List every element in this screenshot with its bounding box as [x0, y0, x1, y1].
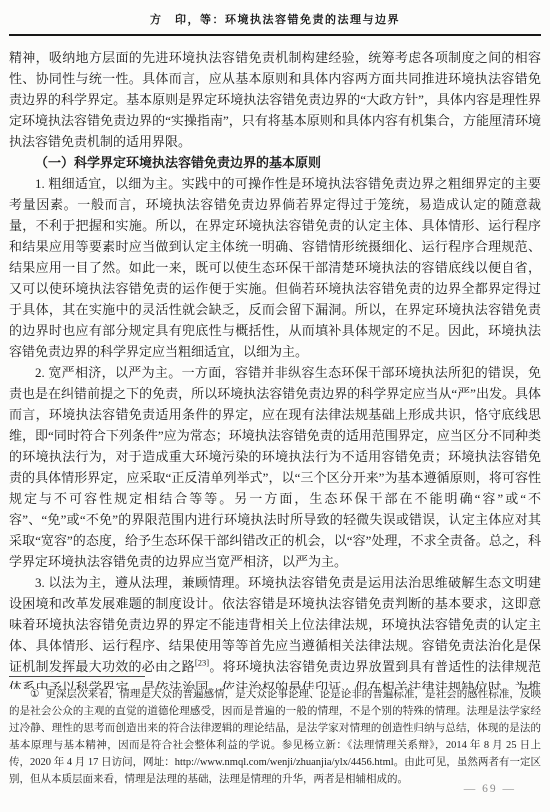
header-rule — [9, 34, 541, 36]
citation-ref: [23] — [195, 658, 209, 668]
paragraph-item-2: 2. 宽严相济，以严为主。一方面，容错并非纵容生态环保干部环境执法所犯的错误，免… — [9, 362, 541, 572]
section-heading: （一）科学界定环境执法容错免责边界的基本原则 — [9, 152, 541, 173]
footnote-text: 更深层次来看，情理是大众的普遍感情，是大众论事论理、论是论非的普遍标准，是社会的… — [9, 689, 541, 785]
article-body: 精神，吸纳地方层面的先进环境执法容错免责机制构建经验，统筹考虑各项制度之间的相容… — [9, 47, 541, 689]
paragraph-item-1: 1. 粗细适宜，以细为主。实践中的可操作性是环境执法容错免责边界之粗细界定的主要… — [9, 173, 541, 362]
footnote: ①更深层次来看，情理是大众的普遍感情，是大众论事论理、论是论非的普遍标准，是社会… — [9, 686, 541, 788]
paragraph-item-3: 3. 以法为主，遵从法理，兼顾情理。环境执法容错免责是运用法治思维破解生态文明建… — [9, 572, 541, 689]
running-head: 方 印，等：环境执法容错免责的法理与边界 — [9, 8, 541, 27]
footnote-divider — [9, 676, 145, 677]
footnote-section: ①更深层次来看，情理是大众的普遍感情，是大众论事论理、论是论非的普遍标准，是社会… — [9, 676, 541, 788]
footnote-marker: ① — [30, 689, 39, 700]
paragraph-continuation: 精神，吸纳地方层面的先进环境执法容错免责机制构建经验，统筹考虑各项制度之间的相容… — [9, 47, 541, 152]
page-number: — 69 — — [464, 783, 516, 795]
journal-page: 方 印，等：环境执法容错免责的法理与边界 精神，吸纳地方层面的先进环境执法容错免… — [0, 0, 550, 812]
